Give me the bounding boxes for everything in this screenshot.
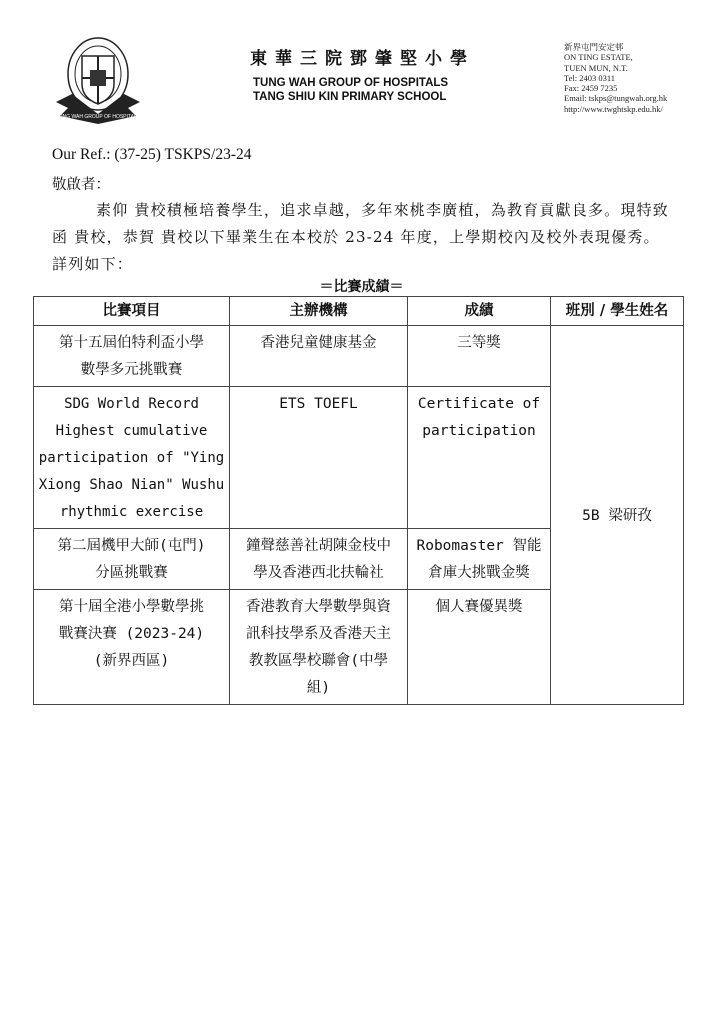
cell-result: 個人賽優異獎 xyxy=(408,590,551,705)
letter-body: 素仰 貴校積極培養學生，追求卓越，多年來桃李廣植，為教育貢獻良多。現特致函 貴校… xyxy=(52,197,672,278)
table-header-row: 比賽項目 主辦機構 成績 班別 / 學生姓名 xyxy=(34,297,684,326)
cell-organizer: 鐘聲慈善社胡陳金枝中 學及香港西北扶輪社 xyxy=(230,529,408,590)
cell-result: 三等獎 xyxy=(408,326,551,387)
reference-number: Our Ref.: (37-25) TSKPS/23-24 xyxy=(52,146,252,164)
cell-result: Robomaster 智能 倉庫大挑戰金獎 xyxy=(408,529,551,590)
table-row: 第十五屆伯特利盃小學 數學多元挑戰賽 香港兒童健康基金 三等獎 5B 梁研孜 xyxy=(34,326,684,387)
cell-organizer: ETS TOEFL xyxy=(230,387,408,529)
school-name-chinese: 東華三院鄧肇堅小學 xyxy=(250,44,475,69)
website: http://www.twghtskp.edu.hk/ xyxy=(564,104,667,114)
header-result: 成績 xyxy=(408,297,551,326)
cell-competition: SDG World Record Highest cumulative part… xyxy=(34,387,230,529)
address-line2: TUEN MUN, N.T. xyxy=(564,63,667,73)
school-name-english: TUNG WAH GROUP OF HOSPITALS TANG SHIU KI… xyxy=(253,76,448,104)
cell-competition: 第十屆全港小學數學挑 戰賽決賽 (2023-24) (新界西區) xyxy=(34,590,230,705)
telephone: Tel: 2403 0311 xyxy=(564,73,667,83)
cell-competition: 第二屆機甲大師(屯門) 分區挑戰賽 xyxy=(34,529,230,590)
email: Email: tskps@tungwah.org.hk xyxy=(564,93,667,103)
salutation: 敬啟者： xyxy=(52,173,110,194)
table-title: ＝比賽成績＝ xyxy=(0,276,723,296)
cell-organizer: 香港兒童健康基金 xyxy=(230,326,408,387)
cell-class-student: 5B 梁研孜 xyxy=(551,326,684,705)
school-address-block: 新界屯門安定邨 ON TING ESTATE, TUEN MUN, N.T. T… xyxy=(564,42,667,114)
school-crest-icon: TUNG WAH GROUP OF HOSPITALS xyxy=(52,32,144,128)
cell-competition: 第十五屆伯特利盃小學 數學多元挑戰賽 xyxy=(34,326,230,387)
header-competition: 比賽項目 xyxy=(34,297,230,326)
cell-result: Certificate of participation xyxy=(408,387,551,529)
header-class-student: 班別 / 學生姓名 xyxy=(551,297,684,326)
results-table: 比賽項目 主辦機構 成績 班別 / 學生姓名 第十五屆伯特利盃小學 數學多元挑戰… xyxy=(33,296,684,705)
cell-organizer: 香港教育大學數學與資 訊科技學系及香港天主 教教區學校聯會(中學 組) xyxy=(230,590,408,705)
fax: Fax: 2459 7235 xyxy=(564,83,667,93)
address-chinese: 新界屯門安定邨 xyxy=(564,42,667,52)
school-name-en-line1: TUNG WAH GROUP OF HOSPITALS xyxy=(253,76,448,90)
school-name-en-line2: TANG SHIU KIN PRIMARY SCHOOL xyxy=(253,90,448,104)
header-organizer: 主辦機構 xyxy=(230,297,408,326)
address-line1: ON TING ESTATE, xyxy=(564,52,667,62)
letter-body-text: 素仰 貴校積極培養學生，追求卓越，多年來桃李廣植，為教育貢獻良多。現特致函 貴校… xyxy=(52,201,669,273)
svg-text:TUNG WAH GROUP OF HOSPITALS: TUNG WAH GROUP OF HOSPITALS xyxy=(56,114,141,120)
